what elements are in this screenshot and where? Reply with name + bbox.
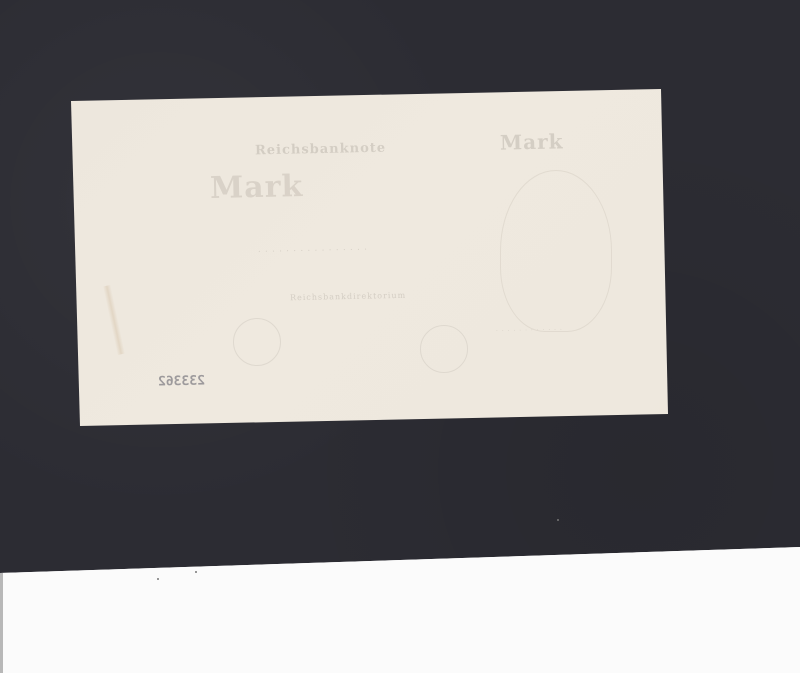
- ghost-seal-icon: [233, 318, 281, 366]
- dust-speck: [195, 571, 197, 573]
- dust-speck: [157, 578, 159, 580]
- ghost-denomination-text: Mark: [210, 169, 304, 206]
- ghost-body-text: · · · · · · · · · · · · · · · ·: [258, 244, 368, 257]
- serial-number: 233362: [158, 374, 205, 390]
- scan-scene: Reichsbanknote Mark · · · · · · · · · · …: [0, 0, 800, 673]
- ghost-seal-icon: [420, 325, 468, 373]
- ghost-corner-text: Mark: [500, 129, 564, 154]
- scanner-edge-strip: [0, 573, 3, 673]
- ghost-signature-line: Reichsbankdirektorium: [290, 291, 406, 302]
- paper-stain: [103, 285, 125, 355]
- ghost-title-text: Reichsbanknote: [255, 141, 386, 159]
- ghost-figure-emblem: [500, 170, 612, 332]
- dust-speck: [557, 519, 559, 521]
